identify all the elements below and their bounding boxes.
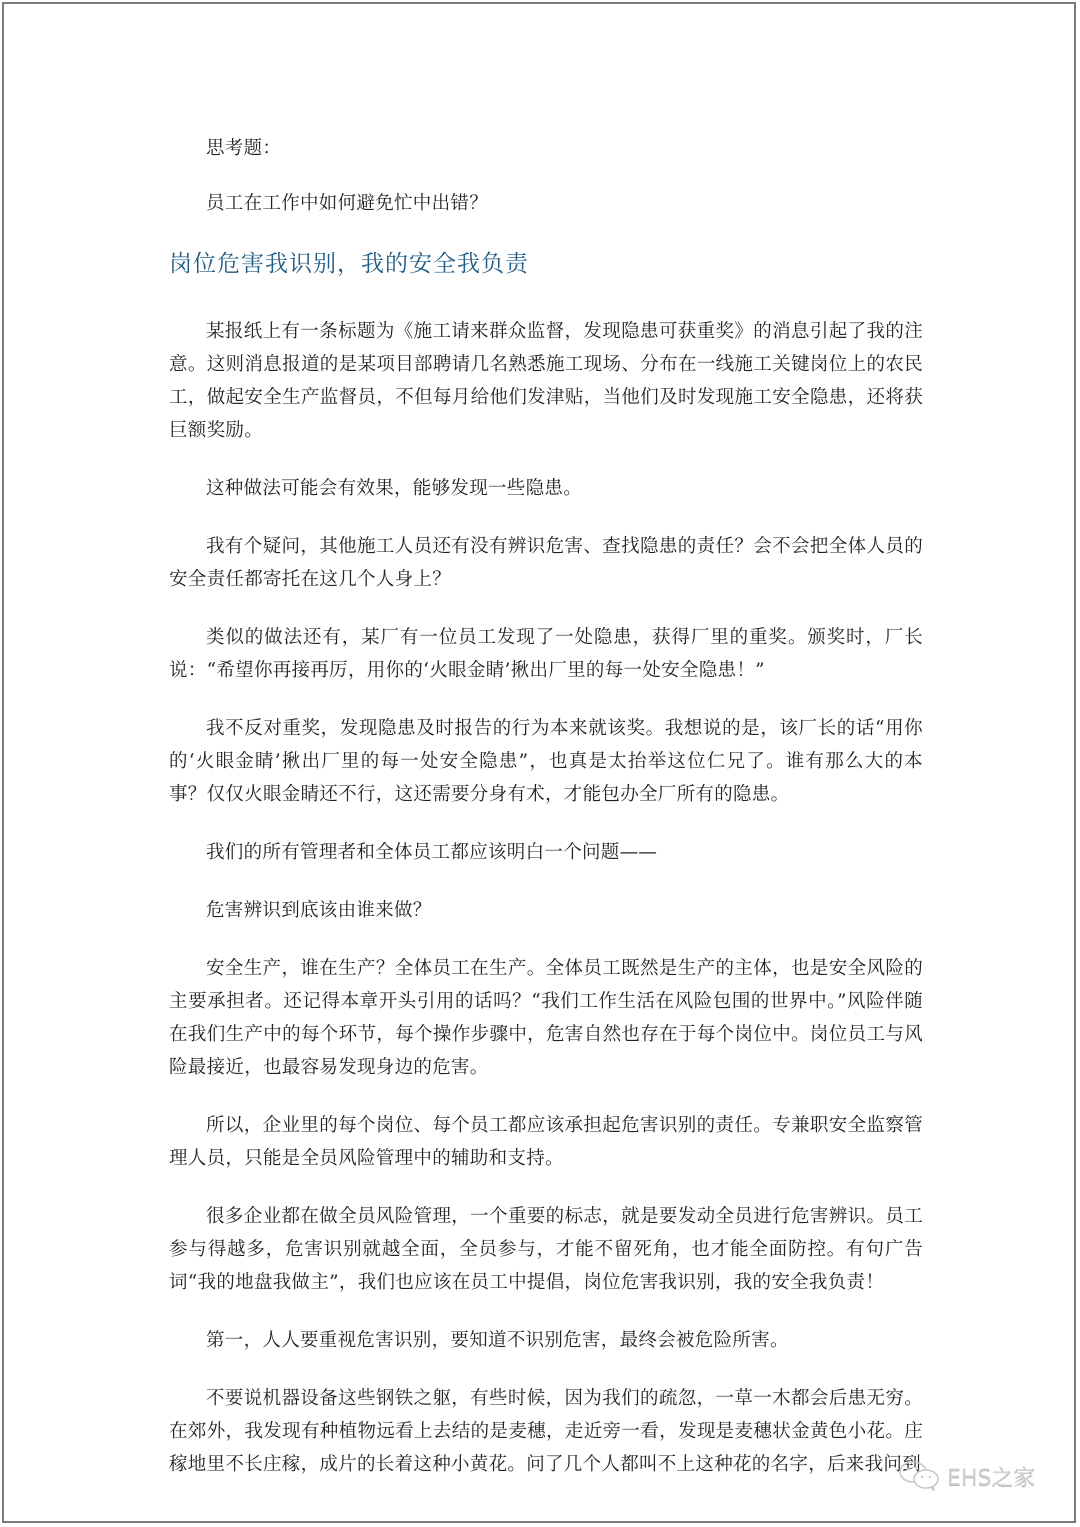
- section-title: 岗位危害我识别，我的安全我负责: [169, 248, 923, 281]
- paragraph: 我不反对重奖，发现隐患及时报告的行为本来就该奖。我想说的是，该厂长的话“用你的‘…: [169, 712, 923, 811]
- paragraph: 不要说机器设备这些钢铁之躯，有些时候，因为我们的疏忽，一草一木都会后患无穷。在郊…: [169, 1382, 923, 1481]
- thinking-question: 员工在工作中如何避免忙中出错？: [169, 187, 923, 220]
- paragraph: 我们的所有管理者和全体员工都应该明白一个问题——: [169, 836, 923, 869]
- wechat-icon: [897, 1459, 943, 1493]
- paragraph: 第一，人人要重视危害识别，要知道不识别危害，最终会被危险所害。: [169, 1324, 923, 1357]
- paragraph: 危害辨识到底该由谁来做？: [169, 894, 923, 927]
- paragraph: 我有个疑问，其他施工人员还有没有辨识危害、查找隐患的责任？会不会把全体人员的安全…: [169, 530, 923, 596]
- paragraph: 安全生产，谁在生产？全体员工在生产。全体员工既然是生产的主体，也是安全风险的主要…: [169, 952, 923, 1084]
- thinking-label: 思考题：: [169, 132, 923, 165]
- watermark: EHS之家: [897, 1459, 1035, 1493]
- document-body: 思考题： 员工在工作中如何避免忙中出错？ 岗位危害我识别，我的安全我负责 某报纸…: [169, 132, 923, 1481]
- paragraph: 某报纸上有一条标题为《施工请来群众监督，发现隐患可获重奖》的消息引起了我的注意。…: [169, 315, 923, 447]
- paragraph: 很多企业都在做全员风险管理，一个重要的标志，就是要发动全员进行危害辨识。员工参与…: [169, 1200, 923, 1299]
- document-page: 思考题： 员工在工作中如何避免忙中出错？ 岗位危害我识别，我的安全我负责 某报纸…: [2, 2, 1076, 1523]
- paragraph: 类似的做法还有，某厂有一位员工发现了一处隐患，获得厂里的重奖。颁奖时，厂长说：“…: [169, 621, 923, 687]
- watermark-text: EHS之家: [947, 1461, 1035, 1492]
- paragraph: 这种做法可能会有效果，能够发现一些隐患。: [169, 472, 923, 505]
- paragraph: 所以，企业里的每个岗位、每个员工都应该承担起危害识别的责任。专兼职安全监察管理人…: [169, 1109, 923, 1175]
